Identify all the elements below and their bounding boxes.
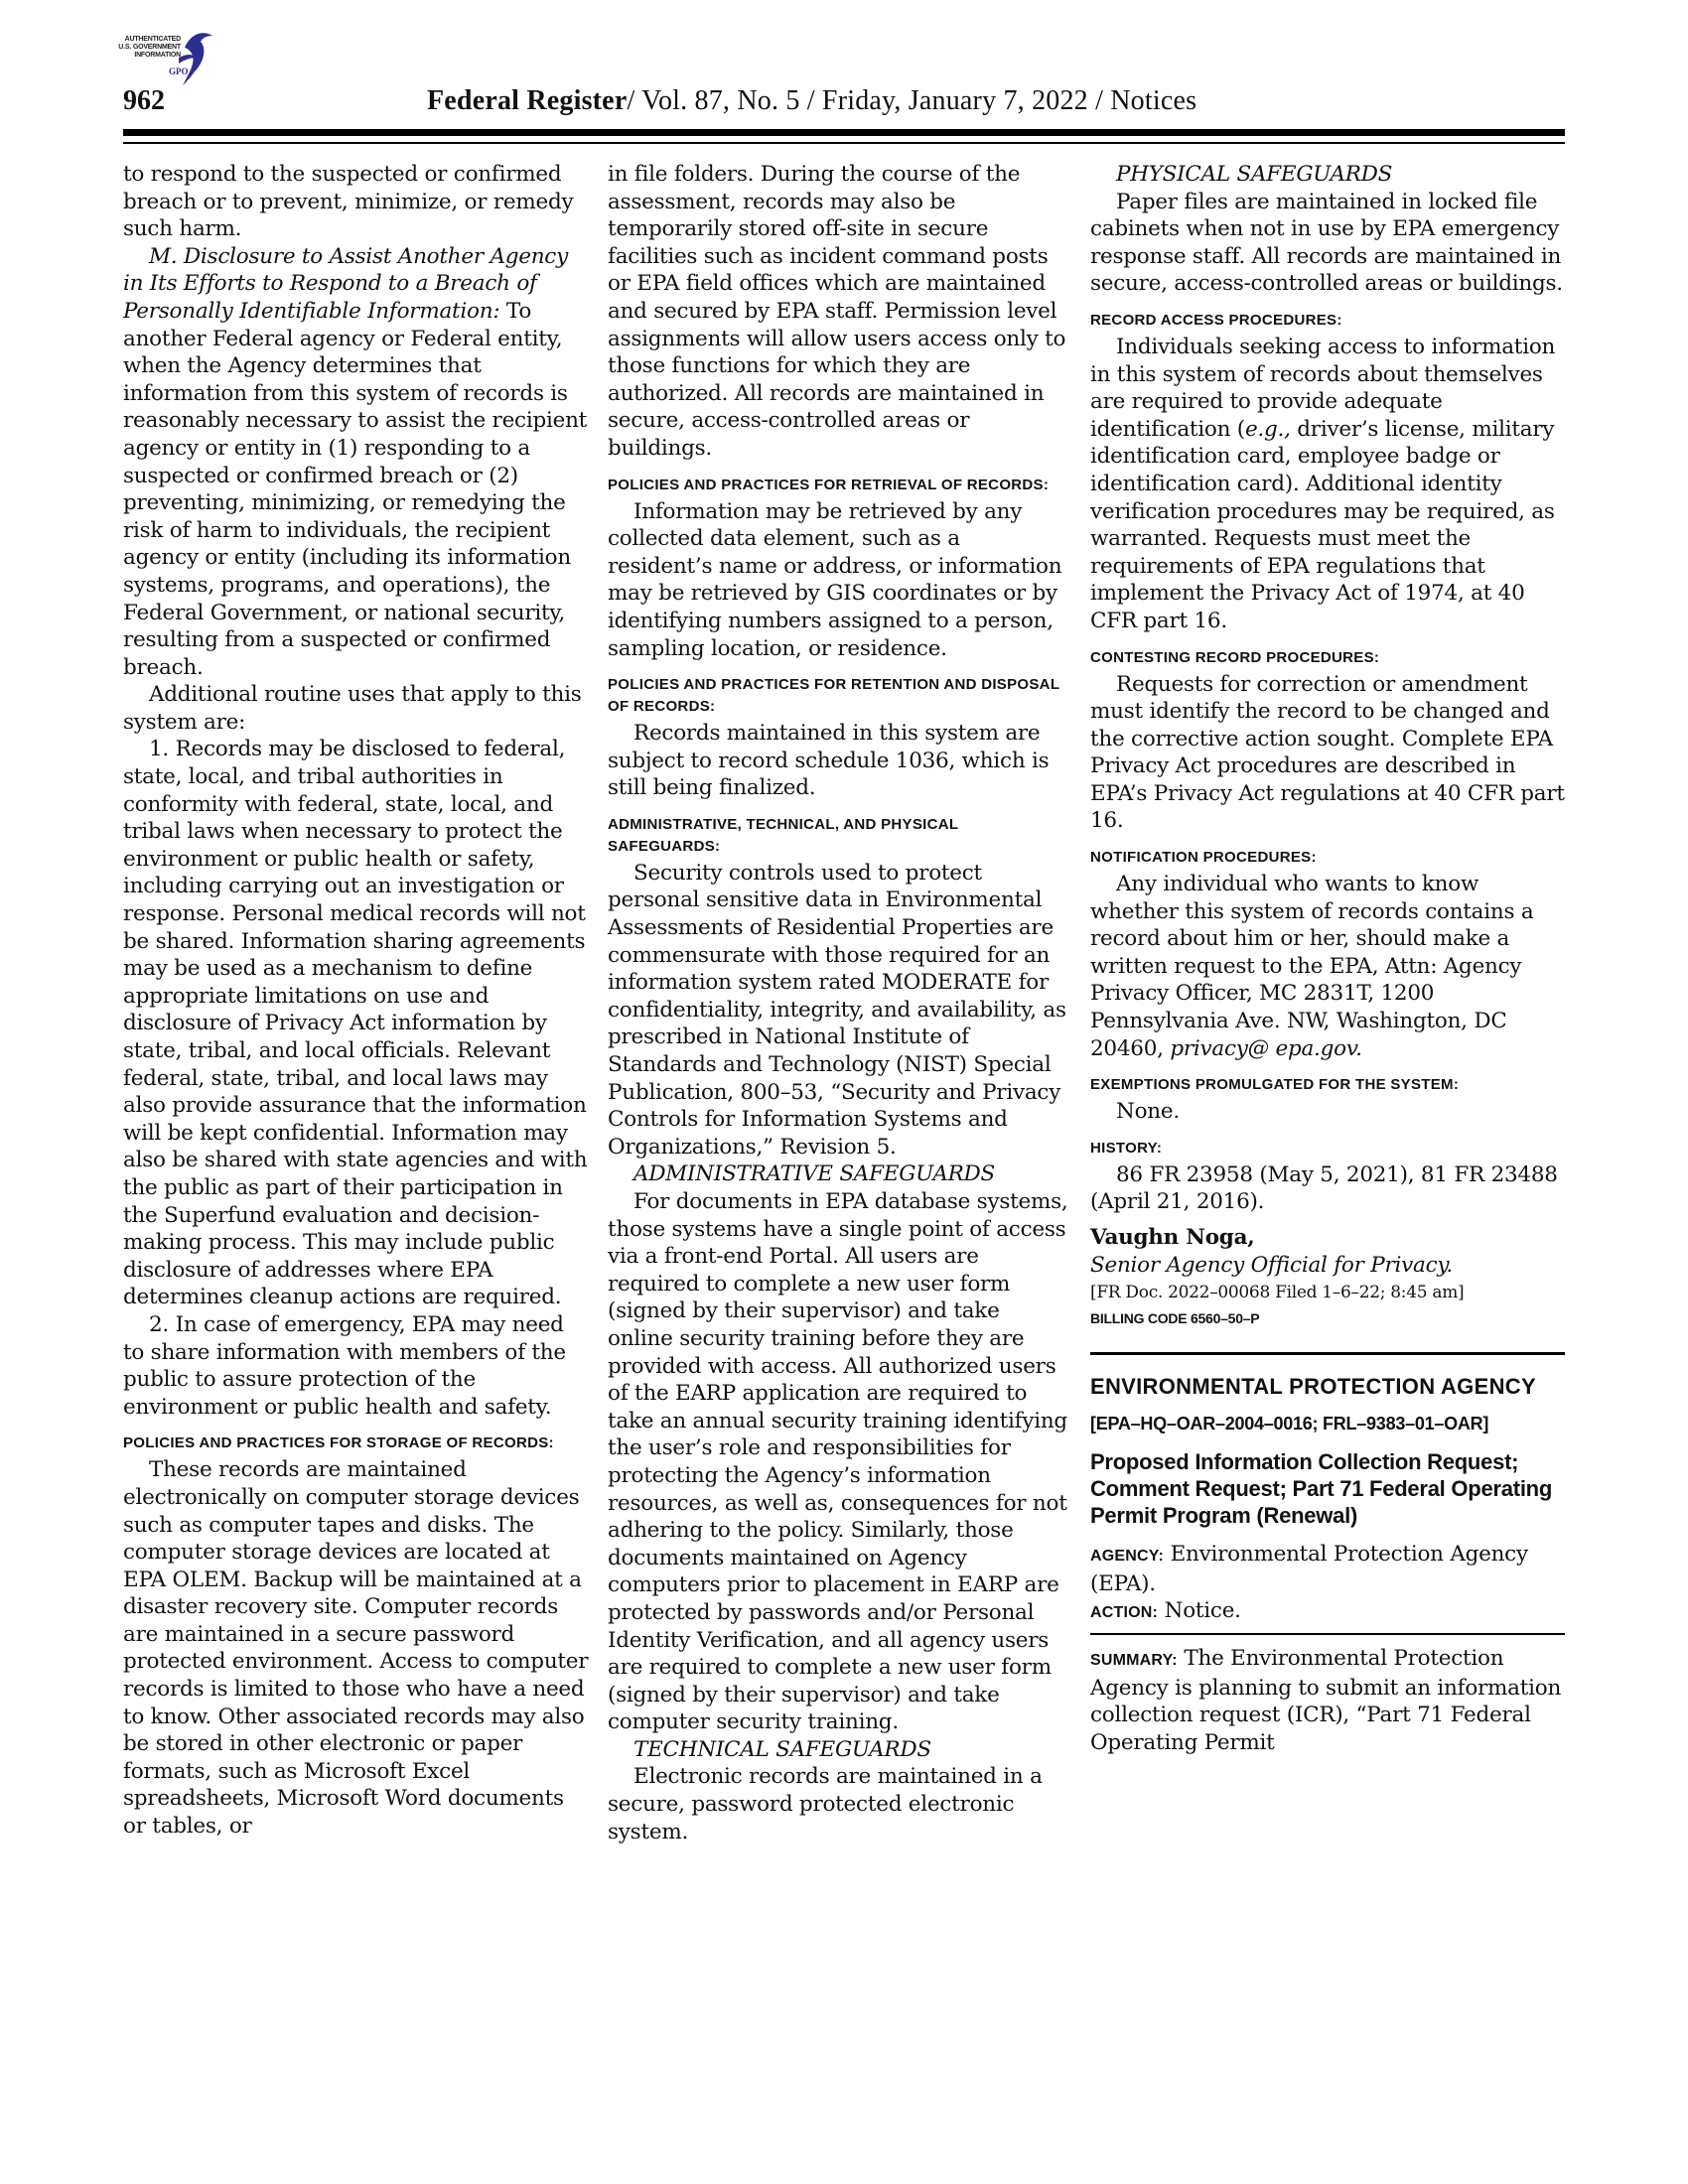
paragraph: Requests for correction or amendment mus… [1090,671,1565,836]
section-heading-storage: POLICIES AND PRACTICES FOR STORAGE OF RE… [123,1433,590,1454]
paragraph: Security controls used to protect person… [608,860,1069,1161]
document-title: Proposed Information Collection Request;… [1090,1448,1565,1529]
paragraph: 1. Records may be disclosed to federal, … [123,736,590,1310]
section-heading-retention: POLICIES AND PRACTICES FOR RETENTION AND… [608,674,1069,718]
page-number: 962 [123,85,165,117]
running-head: Federal Register/ Vol. 87, No. 5 / Frida… [427,85,1196,117]
summary-line: SUMMARY: The Environmental Protection Ag… [1090,1645,1565,1756]
column-1: to respond to the suspected or confirmed… [123,161,590,1841]
section-heading-history: HISTORY: [1090,1138,1565,1160]
fr-doc-citation: [FR Doc. 2022–00068 Filed 1–6–22; 8:45 a… [1090,1279,1565,1306]
privacy-email: privacy@ epa.gov. [1170,1036,1361,1061]
subheading-administrative-safeguards: ADMINISTRATIVE SAFEGUARDS [608,1160,1069,1188]
paragraph: 86 FR 23958 (May 5, 2021), 81 FR 23488 (… [1090,1161,1565,1216]
document-separator [1090,1352,1565,1355]
section-heading-contesting: CONTESTING RECORD PROCEDURES: [1090,647,1565,669]
gpo-authenticated-logo: AUTHENTICATED U.S. GOVERNMENT INFORMATIO… [117,28,236,87]
paragraph: Electronic records are maintained in a s… [608,1763,1069,1845]
paragraph: Individuals seeking access to informatio… [1090,334,1565,635]
logo-caption: AUTHENTICATED U.S. GOVERNMENT INFORMATIO… [117,36,181,60]
subheading-technical-safeguards: TECHNICAL SAFEGUARDS [608,1736,1069,1764]
paragraph: to respond to the suspected or confirmed… [123,161,590,243]
subheading-physical-safeguards: PHYSICAL SAFEGUARDS [1090,161,1565,189]
paragraph: None. [1090,1098,1565,1126]
section-heading-exemptions: EXEMPTIONS PROMULGATED FOR THE SYSTEM: [1090,1074,1565,1096]
paragraph: Records maintained in this system are su… [608,720,1069,802]
publication-name: Federal Register [427,85,627,116]
paragraph: For documents in EPA database systems, t… [608,1188,1069,1736]
paragraph-routine-use-m: M. Disclosure to Assist Another Agency i… [123,243,590,682]
column-2: in file folders. During the course of th… [608,161,1069,1845]
signer-title: Senior Agency Official for Privacy. [1090,1252,1565,1280]
section-heading-safeguards: ADMINISTRATIVE, TECHNICAL, AND PHYSICAL … [608,814,1069,858]
paragraph: Paper files are maintained in locked fil… [1090,189,1565,298]
paragraph: in file folders. During the course of th… [608,161,1069,463]
header-rule-thick [123,129,1565,136]
agency-line: AGENCY: Environmental Protection Agency … [1090,1541,1565,1597]
docket-number: [EPA–HQ–OAR–2004–0016; FRL–9383–01–OAR] [1090,1411,1565,1436]
agency-heading: ENVIRONMENTAL PROTECTION AGENCY [1090,1373,1565,1401]
summary-separator [1090,1633,1565,1635]
action-line: ACTION: Notice. [1090,1597,1565,1627]
column-3: PHYSICAL SAFEGUARDS Paper files are main… [1090,161,1565,1756]
billing-code: BILLING CODE 6560–50–P [1090,1306,1565,1330]
signer-name: Vaughn Noga, [1090,1224,1565,1252]
paragraph: Any individual who wants to know whether… [1090,871,1565,1062]
paragraph: These records are maintained electronica… [123,1456,590,1840]
paragraph: 2. In case of emergency, EPA may need to… [123,1311,590,1421]
section-heading-record-access: RECORD ACCESS PROCEDURES: [1090,310,1565,332]
paragraph: Information may be retrieved by any coll… [608,498,1069,663]
issue-info: / Vol. 87, No. 5 / Friday, January 7, 20… [627,85,1196,116]
paragraph: Additional routine uses that apply to th… [123,681,590,736]
section-heading-notification: NOTIFICATION PROCEDURES: [1090,847,1565,869]
header-rule-thin [123,142,1565,144]
section-heading-retrieval: POLICIES AND PRACTICES FOR RETRIEVAL OF … [608,475,1069,496]
eagle-icon [177,28,216,87]
